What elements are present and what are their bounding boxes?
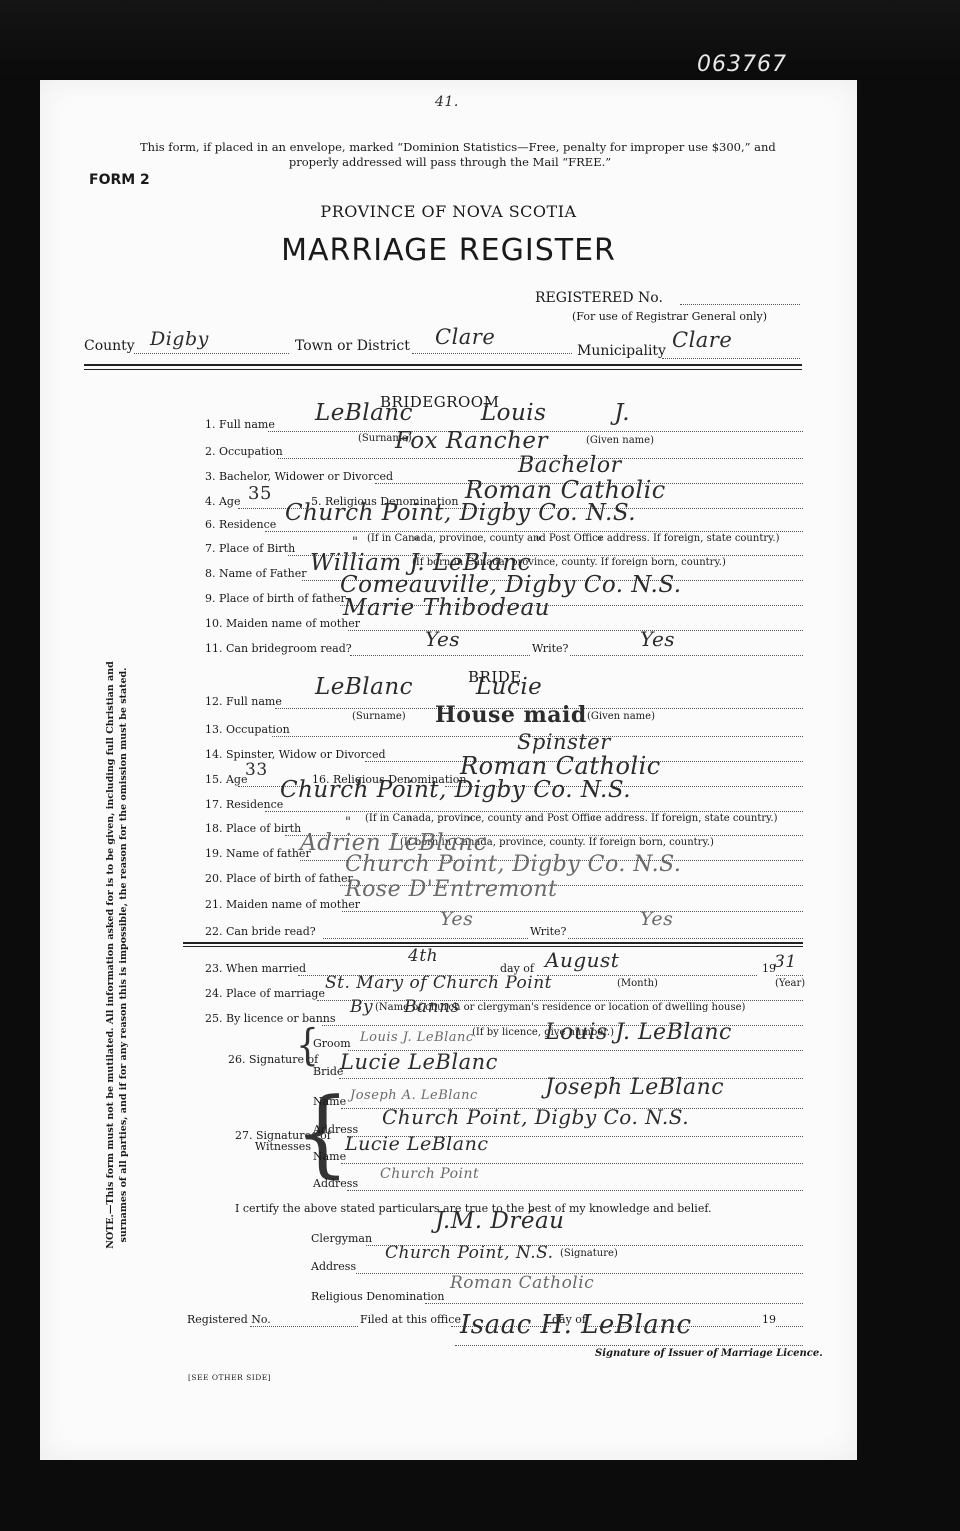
town-value[interactable]: Clare xyxy=(435,325,495,349)
filed-at-office-label: Filed at this office xyxy=(360,1313,461,1326)
groom-mother-value[interactable]: Marie Thibodeau xyxy=(343,595,550,621)
registered-no-field[interactable] xyxy=(680,304,800,305)
issuer-signature-line xyxy=(455,1345,803,1346)
stray-mark: 41. xyxy=(435,94,459,110)
witness-2-name-label: Name xyxy=(313,1150,346,1163)
postal-notice-line-2: properly addressed will pass through the… xyxy=(140,155,760,170)
bride-can-read-line xyxy=(323,938,528,939)
year-line xyxy=(776,975,803,976)
witness-2-name-line xyxy=(341,1163,803,1164)
municipality-label: Municipality xyxy=(577,343,666,359)
filing-registered-no-label: Registered No. xyxy=(187,1313,271,1326)
groom-marital-status-value[interactable]: Bachelor xyxy=(518,453,622,478)
bride-mother-value[interactable]: Rose D'Entremont xyxy=(345,877,558,902)
bride-occupation-label: 13. Occupation xyxy=(205,723,290,736)
groom-full-name-label: 1. Full name xyxy=(205,418,275,431)
bride-residence-label: 17. Residence xyxy=(205,798,283,811)
bride-age-value[interactable]: 33 xyxy=(245,760,268,780)
clergyman-address-label: Address xyxy=(311,1260,356,1273)
issuer-signature[interactable]: Isaac H. LeBlanc xyxy=(460,1310,692,1340)
witness-2-address-label: Address xyxy=(313,1177,358,1190)
form-number: FORM 2 xyxy=(89,172,150,188)
county-field-line xyxy=(134,353,289,354)
bride-birthplace-value[interactable]: " " " " " xyxy=(345,815,596,830)
bride-residence-line xyxy=(265,811,803,812)
groom-birthplace-label: 7. Place of Birth xyxy=(205,542,295,555)
registered-no-note: (For use of Registrar General only) xyxy=(572,310,767,323)
groom-signature-copy: Louis J. LeBlanc xyxy=(360,1030,474,1045)
groom-father-birthplace-label: 9. Place of birth of father xyxy=(205,592,346,605)
groom-marital-status-label: 3. Bachelor, Widower or Divorced xyxy=(205,470,393,483)
bride-residence-value[interactable]: Church Point, Digby Co. N.S. xyxy=(280,777,631,803)
town-field-line xyxy=(412,353,572,354)
clergyman-denomination-line xyxy=(425,1303,803,1304)
bride-father-label: 19. Name of father xyxy=(205,847,311,860)
archive-number: 063767 xyxy=(697,52,787,77)
bride-given-caption: (Given name) xyxy=(587,711,655,722)
side-note-line-1: NOTE.—This form must not be mutilated. A… xyxy=(104,645,117,1265)
clergyman-signature[interactable]: J.M. Dréau xyxy=(435,1208,565,1234)
header-divider-bottom xyxy=(84,369,802,370)
bride-religion-value[interactable]: Roman Catholic xyxy=(460,752,661,780)
witness-2-address-line xyxy=(347,1190,803,1191)
witness-2-address[interactable]: Church Point xyxy=(380,1166,479,1182)
side-note: NOTE.—This form must not be mutilated. A… xyxy=(104,645,130,1265)
when-married-label: 23. When married xyxy=(205,962,306,975)
groom-occupation-value[interactable]: Fox Rancher xyxy=(395,428,548,454)
groom-can-write-value[interactable]: Yes xyxy=(640,627,675,651)
bride-can-write-value[interactable]: Yes xyxy=(640,908,673,930)
bride-birthplace-label: 18. Place of birth xyxy=(205,822,301,835)
groom-mother-line xyxy=(348,630,803,631)
bride-marital-status-label: 14. Spinster, Widow or Divorced xyxy=(205,748,386,761)
groom-residence-value[interactable]: Church Point, Digby Co. N.S. xyxy=(285,500,636,526)
bride-occupation-value[interactable]: House maid xyxy=(435,702,587,728)
marriage-register-page: 063767 41. This form, if placed in an en… xyxy=(40,80,857,1460)
groom-birthplace-value[interactable]: " " " " " xyxy=(352,535,603,550)
groom-father-label: 8. Name of Father xyxy=(205,567,307,580)
bride-can-read-value[interactable]: Yes xyxy=(440,908,473,930)
marriage-section-divider-bottom xyxy=(183,946,803,947)
bride-can-write-line xyxy=(568,938,803,939)
clergyman-label: Clergyman xyxy=(311,1232,372,1245)
groom-signature-label: Groom xyxy=(313,1037,351,1050)
municipality-value[interactable]: Clare xyxy=(672,328,732,352)
month-caption: (Month) xyxy=(617,978,658,989)
witness-1-name-copy: Joseph A. LeBlanc xyxy=(350,1088,478,1103)
groom-signature[interactable]: Louis J. LeBlanc xyxy=(545,1020,732,1045)
postal-notice: This form, if placed in an envelope, mar… xyxy=(140,140,760,170)
side-note-line-2: surnames of all parties, and if for any … xyxy=(117,645,130,1265)
groom-age-value[interactable]: 35 xyxy=(248,483,272,504)
bride-signature-label: Bride xyxy=(313,1065,343,1078)
town-label: Town or District xyxy=(295,338,410,354)
witness-1-address[interactable]: Church Point, Digby Co. N.S. xyxy=(382,1105,689,1129)
bride-mother-line xyxy=(342,911,803,912)
county-label: County xyxy=(84,338,135,354)
clergyman-address[interactable]: Church Point, N.S. xyxy=(385,1243,554,1263)
clergyman-denomination[interactable]: Roman Catholic xyxy=(450,1273,594,1293)
municipality-field-line xyxy=(662,358,800,359)
witness-2-name[interactable]: Lucie LeBlanc xyxy=(345,1133,488,1155)
groom-residence-line xyxy=(265,531,803,532)
month-value[interactable]: August xyxy=(545,948,619,972)
groom-residence-label: 6. Residence xyxy=(205,518,276,531)
bride-can-write-label: Write? xyxy=(530,925,566,938)
postal-notice-line-1: This form, if placed in an envelope, mar… xyxy=(140,140,760,155)
filed-year-line[interactable] xyxy=(776,1326,803,1327)
bride-mother-label: 21. Maiden name of mother xyxy=(205,898,360,911)
issuer-signature-caption: Signature of Issuer of Marriage Licence. xyxy=(595,1348,823,1359)
groom-age-label: 4. Age xyxy=(205,495,241,508)
bride-father-birthplace-value[interactable]: Church Point, Digby Co. N.S. xyxy=(345,852,681,877)
witness-1-name-label: Name xyxy=(313,1095,346,1108)
clergyman-signature-caption: (Signature) xyxy=(560,1248,618,1259)
province-heading: PROVINCE OF NOVA SCOTIA xyxy=(40,202,857,221)
groom-can-write-line xyxy=(570,655,803,656)
filed-year-prefix: 19 xyxy=(762,1313,776,1326)
see-other-side: [SEE OTHER SIDE] xyxy=(188,1373,271,1382)
registered-no-label: REGISTERED No. xyxy=(535,290,663,306)
marriage-section-divider-top xyxy=(183,942,803,944)
when-married-day-value[interactable]: 4th xyxy=(408,946,438,966)
bride-can-read-label: 22. Can bride read? xyxy=(205,925,316,938)
bride-marital-status-value[interactable]: Spinster xyxy=(517,730,611,754)
witness-1-name[interactable]: Joseph LeBlanc xyxy=(545,1075,724,1100)
page-title: MARRIAGE REGISTER xyxy=(40,233,857,268)
month-line xyxy=(537,975,757,976)
bride-surname-caption: (Surname) xyxy=(352,711,406,722)
place-of-marriage-value[interactable]: St. Mary of Church Point xyxy=(325,973,552,993)
header-divider-top xyxy=(84,364,802,366)
groom-occupation-label: 2. Occupation xyxy=(205,445,283,458)
groom-can-read-label: 11. Can bridegroom read? xyxy=(205,642,352,655)
bride-age-label: 15. Age xyxy=(205,773,248,786)
scan-background-top xyxy=(0,0,960,80)
bride-full-name-label: 12. Full name xyxy=(205,695,282,708)
place-of-marriage-label: 24. Place of marriage xyxy=(205,987,325,1000)
groom-can-write-label: Write? xyxy=(532,642,568,655)
bride-signature[interactable]: Lucie LeBlanc xyxy=(340,1050,498,1074)
groom-can-read-line xyxy=(350,655,530,656)
clergyman-denomination-label: Religious Denomination xyxy=(311,1290,445,1303)
groom-given-caption: (Given name) xyxy=(586,435,654,446)
filing-registered-no-line[interactable] xyxy=(250,1326,358,1327)
groom-can-read-value[interactable]: Yes xyxy=(425,627,460,651)
year-caption: (Year) xyxy=(775,978,805,989)
groom-mother-label: 10. Maiden name of mother xyxy=(205,617,360,630)
groom-full-name-value[interactable]: LeBlanc Louis J. xyxy=(315,400,630,426)
county-value[interactable]: Digby xyxy=(150,328,209,350)
year-value[interactable]: 31 xyxy=(774,952,797,972)
bride-father-birthplace-label: 20. Place of birth of father xyxy=(205,872,353,885)
licence-or-banns-value[interactable]: By Banns xyxy=(350,997,460,1017)
bride-full-name-value[interactable]: LeBlanc Lucie xyxy=(315,674,542,700)
